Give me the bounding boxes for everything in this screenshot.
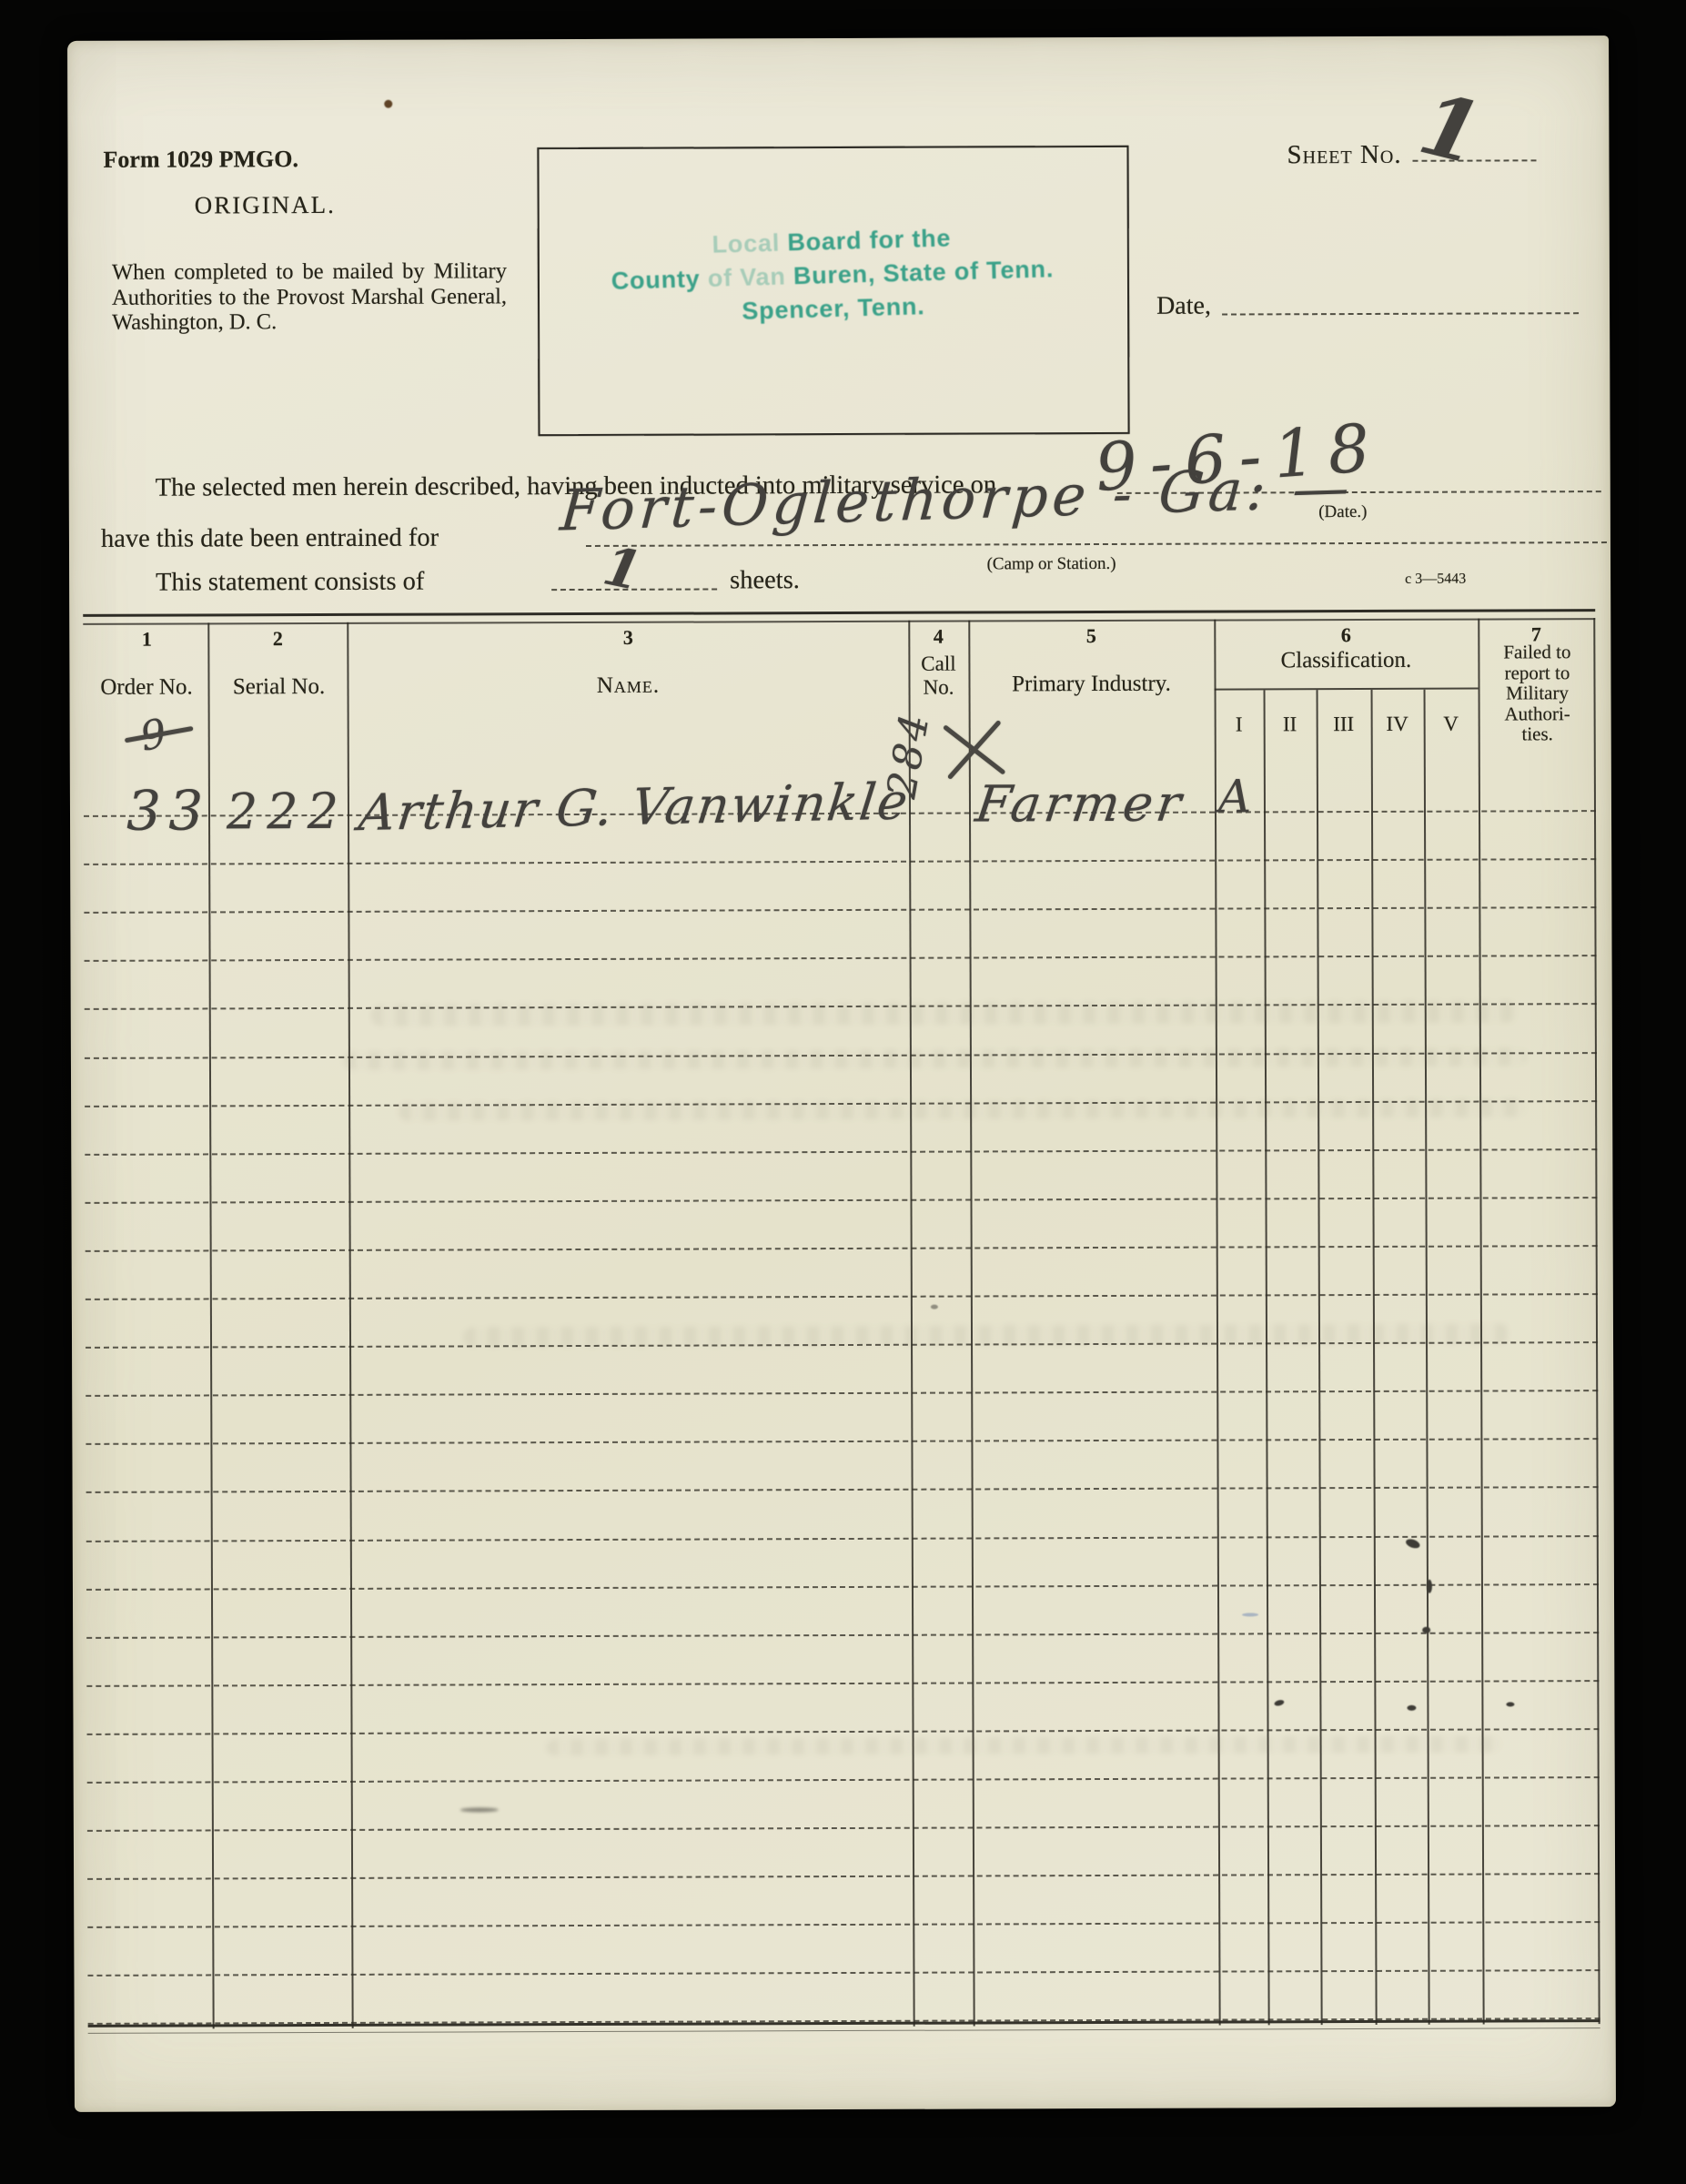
table-row [86, 1440, 1598, 1493]
date-line [1222, 312, 1579, 315]
sheet-number-handwritten: 1 [1410, 75, 1490, 184]
table-row [86, 1247, 1598, 1300]
column-number-6: 6 [1300, 623, 1391, 647]
bleed-through-smudge [547, 1735, 1502, 1755]
table-row [86, 1489, 1599, 1542]
statement-line3-suffix: sheets. [730, 566, 800, 595]
document-paper: Form 1029 PMGO. ORIGINAL. When completed… [67, 35, 1616, 2112]
table-row [84, 860, 1596, 914]
column-label-name: Name. [537, 672, 719, 699]
column-label-call-no: Call No. [906, 652, 970, 700]
sheet-number-label: Sheet No. [1287, 140, 1401, 170]
ink-speck [1506, 1702, 1514, 1706]
table-row [87, 1875, 1600, 1928]
table-row [85, 1150, 1597, 1204]
blue-ink-speck [1242, 1613, 1258, 1616]
column-label-serial-no: Serial No. [215, 674, 342, 700]
mailing-instructions: When completed to be mailed by Military … [112, 258, 507, 335]
classification-underline [1215, 688, 1479, 691]
form-number: Form 1029 PMGO. [103, 146, 298, 174]
classification-sub-I: I [1215, 713, 1264, 736]
camp-line [586, 541, 1607, 547]
classification-sub-II: II [1264, 713, 1317, 736]
entry-classification: A [1218, 770, 1251, 823]
column-number-4: 4 [893, 624, 984, 648]
entry-order-no: 33 [126, 779, 211, 843]
classification-sub-III: III [1317, 713, 1371, 736]
table-body-rows [84, 763, 1600, 2025]
bleed-through-smudge [371, 1000, 1518, 1026]
column-number-2: 2 [232, 627, 323, 651]
table-row [86, 1343, 1598, 1397]
ink-speck [1427, 1580, 1432, 1593]
column-label-order-no: Order No. [85, 674, 207, 700]
table-row [86, 1391, 1598, 1445]
table-row [87, 1778, 1600, 1832]
scan-background: Form 1029 PMGO. ORIGINAL. When completed… [0, 0, 1686, 2184]
paper-fleck [384, 100, 392, 108]
column-number-5: 5 [1045, 624, 1136, 648]
column-label-primary-industry: Primary Industry. [991, 672, 1191, 698]
statement-line3-prefix: This statement consists of [156, 568, 424, 598]
table-row [87, 1826, 1600, 1880]
table-row [86, 1633, 1599, 1687]
table-row [87, 1971, 1600, 2025]
copy-type-label: ORIGINAL. [195, 191, 336, 220]
table-row [84, 908, 1596, 962]
statement-line2: have this date been entrained for [101, 524, 439, 554]
column-number-3: 3 [582, 626, 673, 650]
table-row [86, 1682, 1599, 1735]
column-number-1: 1 [101, 627, 192, 651]
classification-sub-IV: IV [1371, 713, 1424, 736]
classification-sub-V: V [1424, 713, 1479, 736]
pencil-tick [931, 1305, 938, 1309]
print-code: c 3—5443 [1405, 571, 1466, 588]
table-row [86, 1537, 1599, 1591]
bleed-through-smudge [463, 1323, 1509, 1347]
entry-name: Arthur G. Vanwinkle [356, 772, 913, 842]
date-label: Date, [1156, 292, 1211, 321]
table-row [86, 1585, 1599, 1639]
entry-primary-industry: Farmer [973, 774, 1188, 834]
local-board-stamp: Local Board for the County of Van Buren,… [559, 217, 1107, 334]
camp-caption: (Camp or Station.) [954, 554, 1149, 575]
ink-speck [1422, 1627, 1430, 1633]
table-row [87, 1923, 1600, 1977]
table-row [85, 1198, 1597, 1252]
camp-handwritten: Fort-Oglethorpe - Ga: — [558, 454, 1356, 544]
ink-speck [1407, 1705, 1416, 1711]
entry-serial-no: 222 [227, 783, 348, 840]
call-no-x-mark [942, 718, 1005, 782]
column-label-classification: Classification. [1259, 648, 1432, 674]
column-label-failed-report: Failed to report to Military Authori- ti… [1481, 642, 1592, 744]
